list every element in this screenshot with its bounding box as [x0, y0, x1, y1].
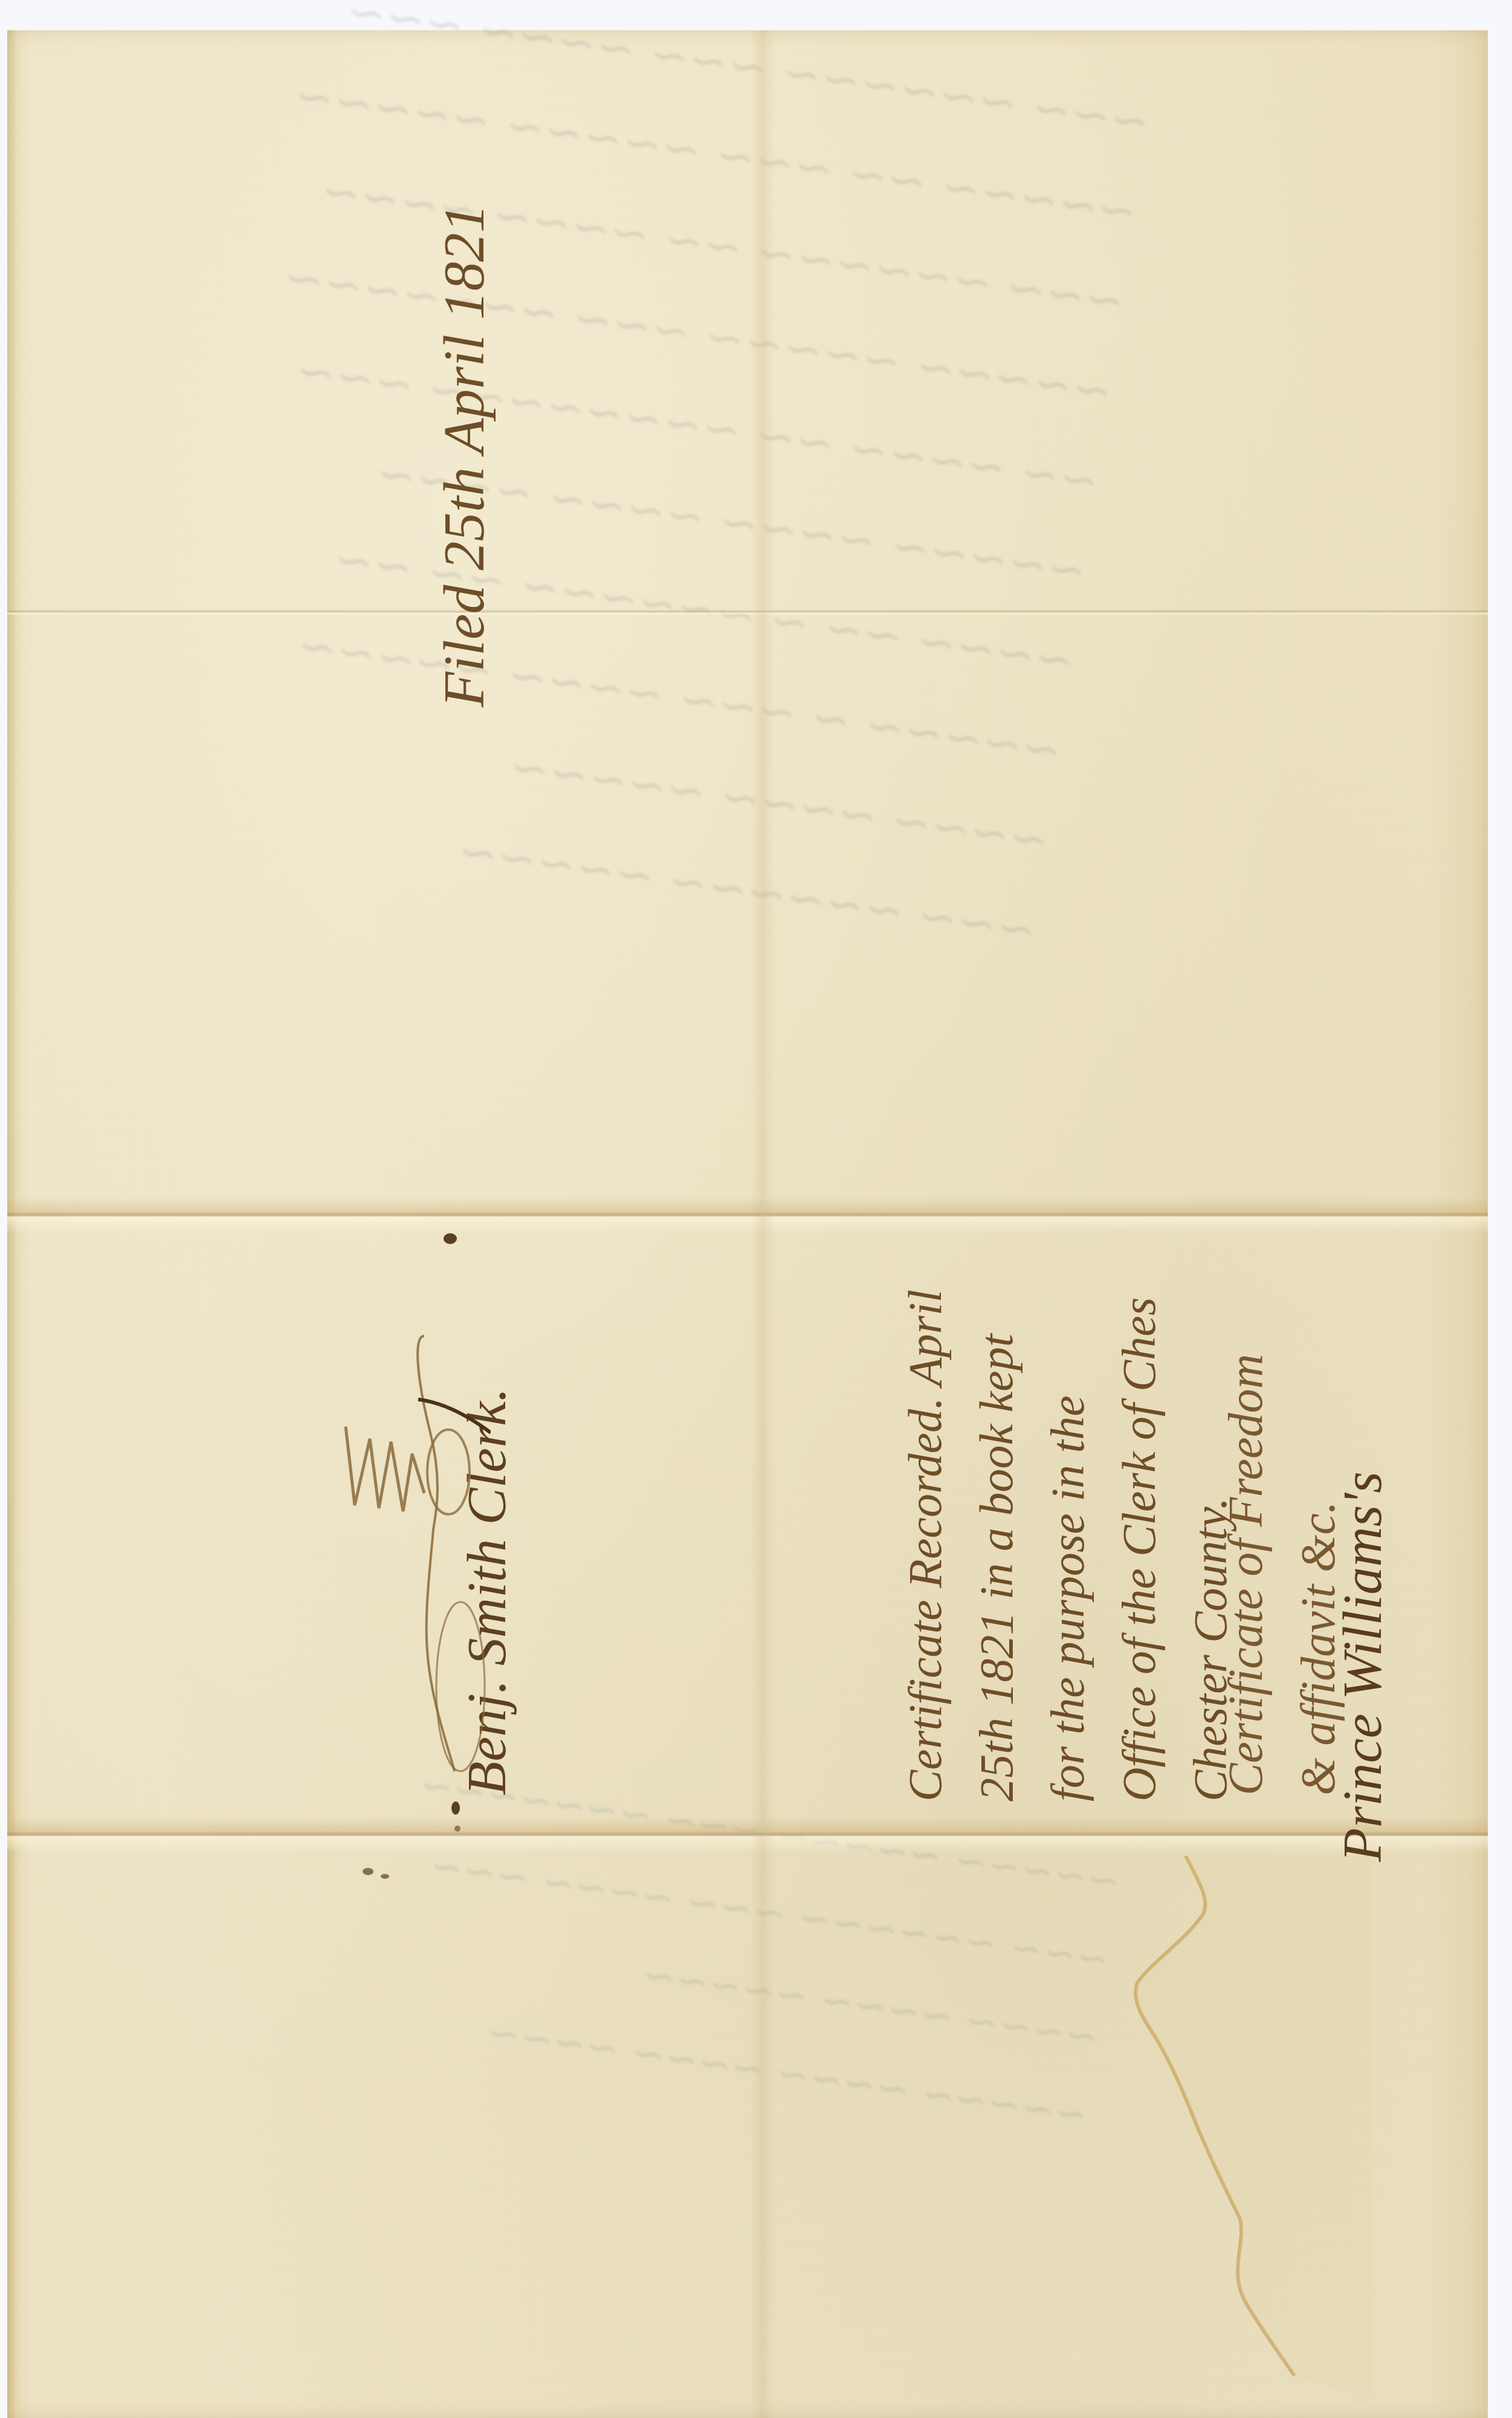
fold-line	[7, 1197, 1488, 1233]
recording-certificate: Certificate Recorded. April 25th 1821 in…	[890, 1289, 1246, 1801]
ink-blot	[363, 1868, 373, 1875]
ink-blot	[444, 1233, 457, 1244]
ink-blot	[454, 1826, 460, 1832]
water-stain	[1131, 1856, 1373, 2400]
manuscript-page: ~~~ ~~~~~~ ~~~ ~~~~ ~~~ ~~~~~ ~~ ~~~ ~~~…	[7, 30, 1488, 2418]
recording-line: 25th 1821 in a book kept	[961, 1289, 1032, 1801]
docket-line-affidavit: & affidavit &c.	[1282, 1354, 1355, 1795]
show-through-text: ~~~ ~~~~~~ ~~~ ~~~~ ~~~ ~~~~~ ~~ ~~~ ~~~…	[188, 0, 1155, 976]
recording-line: Office of the Clerk of Ches	[1103, 1289, 1175, 1801]
fold-line	[7, 1817, 1488, 1853]
filing-note: Filed 25th April 1821	[430, 204, 497, 707]
vertical-crease	[751, 30, 775, 2418]
ink-blot	[381, 1874, 389, 1879]
ink-blot	[451, 1801, 460, 1815]
recording-line: Chester County.	[1175, 1289, 1246, 1801]
fold-line	[7, 609, 1488, 615]
signature-flourish-icon	[321, 1312, 491, 1783]
filing-note-text: Filed 25th April 1821	[431, 204, 496, 707]
recording-line: for the purpose in the	[1032, 1289, 1103, 1801]
recording-line: Certificate Recorded. April	[890, 1289, 961, 1801]
